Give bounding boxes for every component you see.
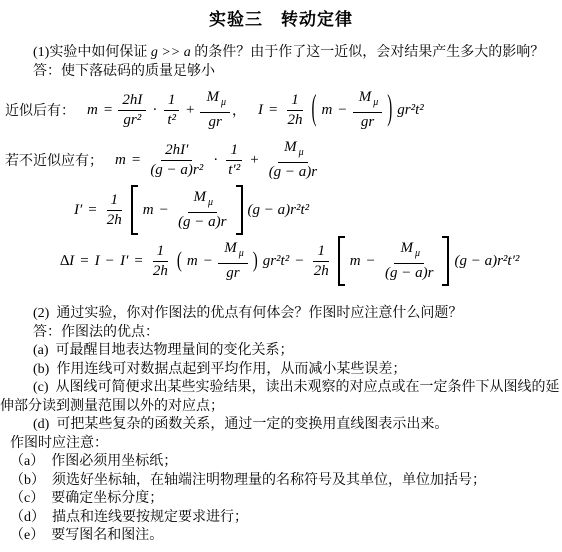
formula-label: 若不近似应有； (5, 150, 103, 170)
numerator: 1 (164, 92, 180, 111)
formula-label: 近似后有： (5, 100, 75, 120)
moment-symbol: M (194, 189, 207, 205)
document-page: 实验三 转动定律 (1)实验中如何保证 g >> a 的条件？由于作了这一近似，… (0, 0, 562, 552)
denominator: gr (205, 113, 226, 131)
mu-subscript: μ (239, 248, 244, 259)
numerator: Mμ (188, 189, 218, 213)
formula-approximate: 近似后有：m=2hIgr²·1t²+Mμgr，I=12h(m−Mμgr)gr²t… (0, 85, 562, 135)
advantage-item-d: (d) 可把某些复杂的函数关系，通过一定的变换用直线图表示出来。 (0, 416, 562, 435)
moment-symbol: M (400, 240, 413, 256)
formula-inertia-prime: I′=12hm−Mμ(g − a)r(g − a)r²t² (0, 185, 562, 235)
operator: = (269, 102, 277, 119)
numerator: 1 (107, 192, 123, 211)
math-term: I (95, 253, 100, 270)
denominator: (g − a)r (381, 264, 437, 282)
math-term: (g − a)r²t² (248, 202, 310, 219)
denominator: (g − a)r (174, 213, 230, 231)
numerator: Mμ (353, 89, 383, 113)
denominator: gr (357, 113, 378, 131)
fraction: 1t′² (224, 142, 244, 179)
numerator: 1 (226, 142, 242, 161)
right-bracket (236, 185, 243, 235)
formula-delta-inertia: ∆I=I−I′=12h(m−Mμgr)gr²t²−12hm−Mμ(g − a)r… (0, 235, 562, 287)
operator: − (204, 253, 212, 270)
operator: = (104, 102, 112, 119)
fraction: 12h (149, 243, 172, 280)
denominator: (g − a)r (265, 163, 321, 181)
page-title: 实验三 转动定律 (0, 8, 562, 32)
denominator: (g − a)r² (146, 161, 207, 179)
denominator: gr (222, 264, 243, 282)
fraction: 2hIgr² (118, 92, 146, 129)
math-term: gr²t² (397, 102, 424, 119)
fraction: Mμgr (200, 89, 230, 131)
fraction: Mμ(g − a)r (381, 240, 437, 282)
math-term: m (115, 152, 126, 169)
fraction: Mμ(g − a)r (265, 139, 321, 181)
question-2: (2) 通过实验，你对作图法的优点有何体会？作图时应注意什么问题？ (0, 305, 562, 324)
denominator: 2h (103, 211, 126, 229)
fraction: 2hI′(g − a)r² (146, 142, 207, 179)
question-1-text-cont: 的条件？由于作了这一近似，会对结果产生多大的影响？ (191, 45, 545, 60)
operator: − (338, 102, 346, 119)
math-term: I′ (120, 253, 128, 270)
numerator: Mμ (394, 240, 424, 264)
mu-subscript: μ (221, 97, 226, 108)
numerator: 2hI′ (161, 142, 192, 161)
moment-symbol: M (359, 89, 372, 105)
numerator: Mμ (200, 89, 230, 113)
right-bracket (442, 236, 449, 286)
left-paren: ( (311, 90, 316, 131)
fraction: 12h (310, 243, 333, 280)
numerator: 1 (313, 243, 329, 262)
mu-subscript: μ (415, 248, 420, 259)
mu-subscript: μ (373, 97, 378, 108)
math-term: I′ (74, 202, 82, 219)
mu-subscript: μ (208, 197, 213, 208)
fraction: 1t² (163, 92, 180, 129)
note-line: 作图时应注意： (0, 435, 562, 454)
denominator: gr² (119, 111, 145, 129)
moment-symbol: M (224, 240, 237, 256)
right-paren: ) (253, 248, 258, 274)
advantage-item-c: (c) 从图线可简便求出某些实验结果，读出未观察的对应点或在一定条件下从图线的延… (0, 379, 562, 416)
numerator: Mμ (278, 139, 308, 163)
inline-math-g-much-greater-a: g >> a (151, 45, 191, 60)
operator: − (367, 253, 375, 270)
operator: − (106, 253, 114, 270)
denominator: 2h (283, 111, 306, 129)
advantage-item-b: (b) 作用连线可对数据点起到平均作用，从而减小某些误差； (0, 361, 562, 380)
math-term: (g − a)r²t′² (454, 253, 519, 270)
rule-item-b: （b） 须选好坐标轴，在轴端注明物理量的名称符号及其单位，单位加括号； (0, 472, 562, 491)
math-term: gr²t² (263, 253, 290, 270)
fraction: Mμgr (218, 240, 248, 282)
operator: · (213, 152, 218, 169)
moment-symbol: M (206, 89, 219, 105)
math-term: m (87, 102, 98, 119)
math-term: m (143, 202, 154, 219)
operator: = (132, 152, 140, 169)
moment-symbol: M (284, 139, 297, 155)
math-term: m (321, 102, 332, 119)
left-bracket (338, 236, 345, 286)
operator: · (152, 102, 157, 119)
fraction: Mμgr (353, 89, 383, 131)
operator: + (186, 102, 194, 119)
math-term: m (187, 253, 198, 270)
denominator: 2h (310, 262, 333, 280)
right-paren: ) (387, 90, 392, 131)
operator: = (88, 202, 96, 219)
operator: = (80, 253, 88, 270)
math-term: m (350, 253, 361, 270)
answer-1: 答：使下落砝码的质量足够小 (0, 63, 562, 82)
formula-label: ， (232, 100, 246, 120)
left-bracket (131, 185, 138, 235)
advantage-item-a: (a) 可最醒目地表达物理量间的变化关系； (0, 342, 562, 361)
denominator: t′² (224, 161, 244, 179)
rule-item-a: （a） 作图必须用坐标纸； (0, 453, 562, 472)
math-term: ∆I (60, 253, 74, 270)
numerator: Mμ (218, 240, 248, 264)
formula-exact: 若不近似应有；m=2hI′(g − a)r²·1t′²+Mμ(g − a)r (0, 135, 562, 185)
denominator: t² (163, 111, 180, 129)
question-1-text: (1)实验中如何保证 (33, 45, 151, 60)
math-term: I (258, 102, 263, 119)
denominator: 2h (149, 262, 172, 280)
numerator: 1 (153, 243, 169, 262)
fraction: 12h (103, 192, 126, 229)
rule-item-d: （d） 描点和连线要按规定要求进行； (0, 509, 562, 528)
operator: − (160, 202, 168, 219)
operator: − (295, 253, 303, 270)
operator: = (134, 253, 142, 270)
rule-item-e: （e） 要写图名和图注。 (0, 527, 562, 546)
numerator: 1 (287, 92, 303, 111)
question-1: (1)实验中如何保证 g >> a 的条件？由于作了这一近似，会对结果产生多大的… (0, 44, 562, 63)
fraction: Mμ(g − a)r (174, 189, 230, 231)
fraction: 12h (283, 92, 306, 129)
operator: + (250, 152, 258, 169)
mu-subscript: μ (299, 147, 304, 158)
left-paren: ( (177, 248, 182, 274)
answer-2: 答：作图法的优点： (0, 324, 562, 343)
numerator: 2hI (118, 92, 146, 111)
rule-item-c: （c） 要确定坐标分度； (0, 490, 562, 509)
